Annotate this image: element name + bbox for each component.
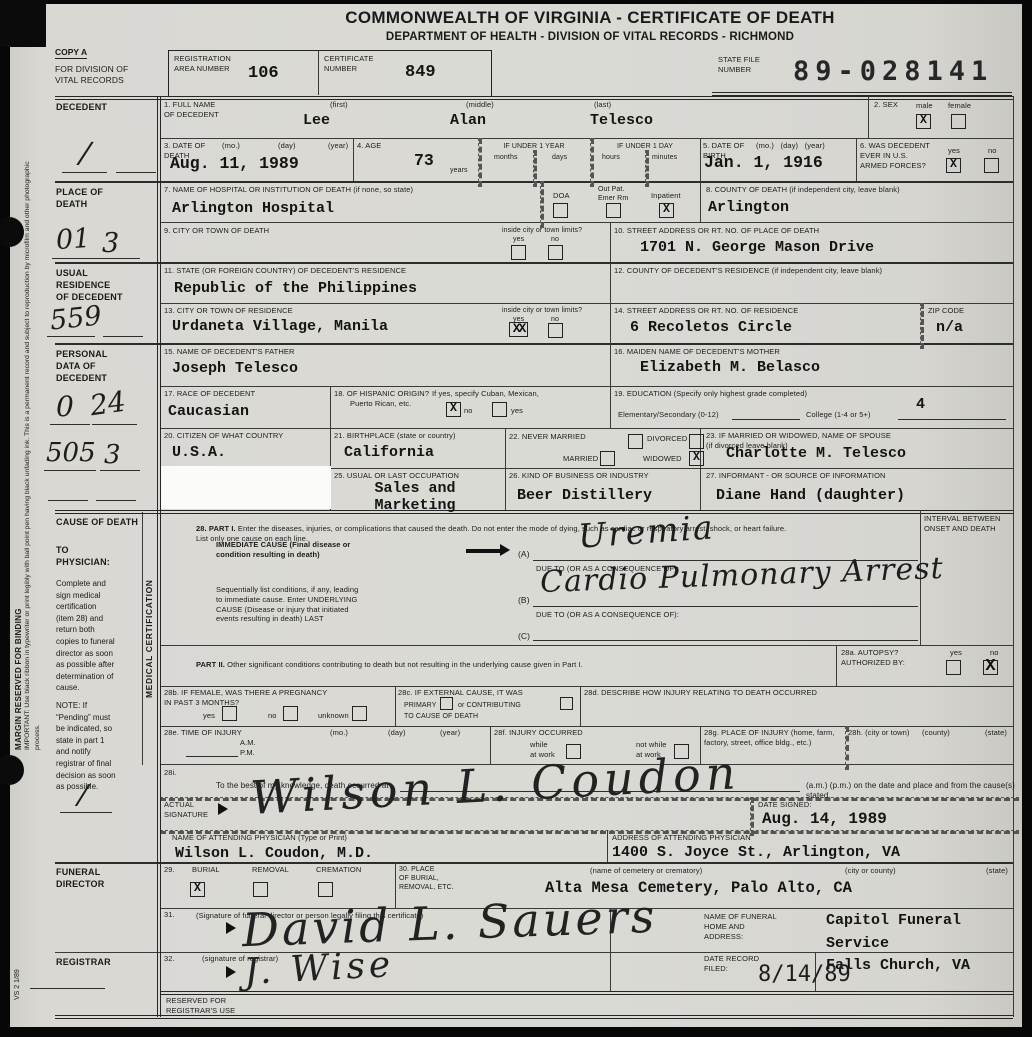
form-left-border (157, 96, 161, 1017)
form-code: VS 2 1/89 (14, 930, 21, 1000)
line-c-label: (C) (518, 631, 530, 642)
field6-label: 6. WAS DECEDENT EVER IN U.S. ARMED FORCE… (860, 141, 930, 170)
field12-label: 12. COUNTY OF DECEDENT'S RESIDENCE (if i… (614, 266, 882, 276)
date-record-filed-value: 8/14/89 (758, 962, 851, 987)
never-married-checkbox (628, 434, 643, 449)
field7-label: 7. NAME OF HOSPITAL OR INSTITUTION OF DE… (164, 185, 413, 195)
field16-label: 16. MAIDEN NAME OF DECEDENT'S MOTHER (614, 347, 780, 357)
grid-line (645, 150, 649, 187)
margin-rule (44, 470, 96, 471)
field28h-label: 28h. (city or town) (848, 728, 910, 738)
zip-value: n/a (936, 319, 963, 336)
field28f-label: 28f. INJURY OCCURRED (494, 728, 583, 738)
sex-male-label: male (916, 101, 933, 111)
decedent-last-name: Telesco (590, 112, 653, 129)
field2-label: 2. SEX (874, 100, 898, 110)
hispanic-no-label: no (464, 406, 473, 416)
education-elementary-line (732, 419, 800, 420)
copy-label: COPY A (55, 47, 87, 59)
pregnancy-yes-checkbox (222, 706, 237, 721)
date-signed-label: DATE SIGNED: (758, 800, 812, 810)
grid-line (856, 138, 857, 181)
decedent-first-name: Lee (303, 112, 330, 129)
binding-margin-title: MARGIN RESERVED FOR BINDING (14, 150, 23, 750)
grid-line (610, 262, 611, 303)
injury-pm-label: P.M. (240, 748, 255, 758)
doa-label: DOA (553, 191, 570, 201)
grid-line (160, 138, 1013, 139)
external-contributing-checkbox (560, 697, 573, 710)
field3-day-label: (day) (278, 141, 296, 151)
immediate-cause-label: IMMEDIATE CAUSE (Final disease or condit… (216, 540, 350, 560)
autopsy-yes-checkbox (946, 660, 961, 675)
binding-margin-text: MARGIN RESERVED FOR BINDING IMPORTANT: U… (14, 150, 48, 750)
field15-label: 15. NAME OF DECEDENT'S FATHER (164, 347, 294, 357)
grid-line (160, 991, 1013, 995)
part2-prefix: PART II. (196, 660, 225, 669)
field27-label: 27. INFORMANT - OR SOURCE OF INFORMATION (706, 471, 886, 481)
field28i-label: 28i. (164, 768, 177, 778)
margin-rule (103, 336, 143, 337)
margin-rule (96, 500, 136, 501)
field8-label: 8. COUNTY OF DEATH (if independent city,… (706, 185, 900, 195)
registrar-signature-pointer-icon (226, 966, 236, 978)
date-of-birth-value: Jan. 1, 1916 (704, 154, 823, 173)
grid-line (395, 686, 396, 726)
field29-number: 29. (164, 865, 175, 875)
field13-label: 13. CITY OR TOWN OF RESIDENCE (164, 306, 293, 316)
certificate-title: COMMONWEALTH OF VIRGINIA - CERTIFICATE O… (230, 8, 950, 28)
margin-rule (30, 988, 105, 989)
margin-rule (100, 470, 140, 471)
pending-note: NOTE: If “Pending” must be indicated, so… (56, 700, 141, 793)
registrar-signature: J. Wise (243, 944, 395, 993)
attest-post-text: (a.m.) (p.m.) on the date and place and … (806, 781, 1032, 802)
field28g-label: 28g. PLACE OF INJURY (home, farm, factor… (704, 728, 835, 748)
city-county-sublabel: (city or county) (845, 866, 896, 876)
armed-forces-yes-checkbox: X (946, 158, 961, 173)
margin-rule (52, 258, 100, 259)
never-married-label: 22. NEVER MARRIED (509, 432, 586, 442)
medical-certification-label: MEDICAL CERTIFICATION (144, 514, 158, 764)
industry-value: Beer Distillery (517, 487, 652, 504)
section-funeral-director: FUNERAL DIRECTOR (56, 866, 104, 890)
widowed-checkbox: X (689, 451, 704, 466)
cremation-label: CREMATION (316, 865, 361, 875)
section-usual-residence: USUAL RESIDENCE OF DECEDENT (56, 267, 123, 303)
field1-middle-label: (middle) (466, 100, 494, 110)
sex-female-checkbox (951, 114, 966, 129)
scan-corner-artifact (0, 0, 46, 47)
grid-line (836, 645, 837, 686)
armed-forces-no-checkbox (984, 158, 999, 173)
margin-code-personal-2: 24 (88, 385, 128, 423)
field28c-label: 28c. IF EXTERNAL CAUSE, IT WAS (398, 688, 523, 698)
line-a-label: (A) (518, 549, 530, 560)
section-place-of-death: PLACE OF DEATH (56, 186, 103, 210)
physician-instructions: Complete and sign medical certification … (56, 578, 141, 694)
race-value: Caucasian (168, 403, 249, 420)
grid-line (55, 262, 1013, 264)
field28e-label: 28e. TIME OF INJURY (164, 728, 242, 738)
injury-state-label: (state) (985, 728, 1007, 738)
informant-value: Diane Hand (daughter) (716, 487, 905, 504)
grid-line (540, 181, 544, 228)
hours-label: hours (602, 153, 620, 162)
field1-first-label: (first) (330, 100, 348, 110)
reg-area-label: REGISTRATION AREA NUMBER (174, 54, 231, 74)
due-to-label-2: DUE TO (OR AS A CONSEQUENCE OF): (536, 610, 679, 620)
hispanic-yes-label: yes (511, 406, 523, 416)
pregnancy-unknown-checkbox (352, 706, 367, 721)
injury-mo-label: (mo.) (330, 728, 348, 738)
date-record-filed-label: DATE RECORD FILED: (704, 954, 759, 974)
field18-hint2: Puerto Rican, etc. (350, 399, 411, 409)
field13-limits-label: inside city or town limits? (502, 306, 582, 315)
inpatient-label: Inpatient (651, 191, 681, 201)
grid-line (160, 386, 1013, 387)
section-personal-data: PERSONAL DATA OF DECEDENT (56, 348, 108, 384)
mother-name-value: Elizabeth M. Belasco (640, 359, 820, 376)
field28d-label: 28d. DESCRIBE HOW INJURY RELATING TO DEA… (584, 688, 817, 698)
armed-forces-no-label: no (988, 146, 997, 156)
interval-label: INTERVAL BETWEEN ONSET AND DEATH (924, 514, 1000, 534)
funeral-home-label: NAME OF FUNERAL HOME AND ADDRESS: (704, 912, 777, 941)
pregnancy-no-checkbox (283, 706, 298, 721)
line-b-rule (533, 606, 918, 607)
reserved-label: RESERVED FOR REGISTRAR'S USE (166, 996, 235, 1016)
field21-label: 21. BIRTHPLACE (state or country) (334, 431, 456, 441)
section-to-physician: TO PHYSICIAN: (56, 544, 110, 568)
field18-hint1: If yes, specify Cuban, Mexican, (432, 389, 539, 399)
autopsy-yes-label: yes (950, 648, 962, 658)
field9-yes-label: yes (513, 235, 524, 244)
cemetery-sublabel: (name of cemetery or crematory) (590, 866, 702, 876)
field4-label: 4. AGE (357, 141, 381, 151)
margin-rule (48, 500, 88, 501)
sex-male-checkbox: X (916, 114, 931, 129)
under-1-day-label: IF UNDER 1 DAY (592, 142, 698, 151)
residence-street-value: 6 Recoletos Circle (630, 319, 792, 336)
father-name-value: Joseph Telesco (172, 360, 298, 377)
physician-address-label: ADDRESS OF ATTENDING PHYSICIAN (612, 833, 751, 843)
field13-yes-checkbox: XX (509, 322, 528, 337)
death-certificate-scan: MARGIN RESERVED FOR BINDING IMPORTANT: U… (0, 0, 1032, 1037)
grid-line (533, 150, 537, 187)
external-primary-label: PRIMARY (404, 701, 436, 710)
field13-no-checkbox (548, 323, 563, 338)
form-right-border (1013, 96, 1014, 1017)
field19-label: 19. EDUCATION (Specify only highest grad… (614, 389, 807, 399)
grid-line (160, 645, 1013, 646)
field3-year-label: (year) (328, 141, 348, 151)
cert-number-value: 849 (405, 63, 436, 83)
part1-prefix: 28. PART I. (196, 524, 236, 533)
grid-line (505, 428, 506, 510)
injury-time-rule (186, 756, 238, 757)
autopsy-no-checkbox: X (983, 660, 998, 675)
grid-line (160, 726, 1013, 727)
street-of-death-value: 1701 N. George Mason Drive (640, 239, 874, 256)
outpat-checkbox (606, 203, 621, 218)
residence-city-value: Urdaneta Village, Manila (172, 318, 388, 335)
whiteout-redaction (161, 466, 331, 509)
hispanic-no-checkbox: X (446, 402, 461, 417)
field9-yes-checkbox (511, 245, 526, 260)
age-years-label: years (450, 166, 468, 175)
margin-rule (60, 812, 112, 813)
citizen-value: U.S.A. (172, 444, 226, 461)
state-file-number: 89-028141 (793, 56, 993, 87)
margin-code-place-1: 01 (55, 223, 91, 256)
state-sublabel: (state) (986, 866, 1008, 876)
margin-rule (50, 424, 90, 425)
certificate-subtitle: DEPARTMENT OF HEALTH - DIVISION OF VITAL… (230, 31, 950, 43)
grid-line (330, 386, 331, 428)
signature-pointer-icon (218, 803, 228, 815)
widowed-label: WIDOWED (643, 454, 682, 464)
grid-line (55, 1015, 1013, 1019)
field20-label: 20. CITIZEN OF WHAT COUNTRY (164, 431, 283, 441)
grid-line (353, 138, 354, 181)
field5-sublabels: (mo.) (day) (year) (756, 141, 825, 151)
section-cause-of-death: CAUSE OF DEATH (56, 516, 138, 528)
injury-county-label: (county) (922, 728, 950, 738)
external-primary-checkbox (440, 697, 453, 710)
outpat-label: Out Pat. Emer Rm (598, 185, 628, 203)
margin-code-personal-4: 3 (104, 440, 121, 470)
physician-address-value: 1400 S. Joyce St., Arlington, VA (612, 844, 900, 861)
grid-line (610, 303, 611, 343)
margin-rule (92, 424, 137, 425)
injury-day-label: (day) (388, 728, 406, 738)
field3-mo-label: (mo.) (222, 141, 240, 151)
grid-line (700, 181, 701, 222)
line-c-rule (533, 640, 918, 641)
grid-line (580, 686, 581, 726)
section-registrar: REGISTRAR (56, 956, 111, 968)
field28a-label: 28a. AUTOPSY? AUTHORIZED BY: (841, 648, 905, 668)
doa-checkbox (553, 203, 568, 218)
external-tail-label: TO CAUSE OF DEATH (404, 712, 478, 721)
margin-rule (47, 336, 95, 337)
pregnancy-unknown-label: unknown (318, 711, 349, 721)
immediate-cause-arrow-head (500, 544, 510, 556)
external-contributing-label: or CONTRIBUTING (458, 701, 521, 710)
field1-label: 1. FULL NAME OF DECEDENT (164, 100, 219, 120)
margin-rule (116, 172, 156, 173)
funeral-home-value: Capitol Funeral Service Falls Church, VA (826, 910, 1032, 978)
pregnancy-no-label: no (268, 711, 277, 721)
removal-checkbox (253, 882, 268, 897)
grid-line (700, 138, 701, 181)
hispanic-yes-checkbox (492, 402, 507, 417)
county-of-death-value: Arlington (708, 199, 789, 216)
immediate-cause-arrow-line (466, 549, 502, 553)
inpatient-checkbox: X (659, 203, 674, 218)
occupation-value: Sales and Marketing (340, 480, 490, 515)
medical-certification-strip-line (142, 512, 143, 765)
date-of-death-value: Aug. 11, 1989 (170, 155, 299, 174)
grid-line (610, 222, 611, 262)
grid-line (610, 386, 611, 428)
actual-signature-label: ACTUAL SIGNATURE (164, 800, 208, 820)
injury-year-label: (year) (440, 728, 460, 738)
binding-margin-note: IMPORTANT: Use black ribbon in typewrite… (23, 150, 43, 750)
registration-box-divider (318, 50, 319, 95)
grid-line (160, 428, 1013, 429)
field9-limits-label: inside city or town limits? (502, 226, 582, 235)
injury-am-label: A.M. (240, 738, 256, 748)
age-value: 73 (414, 152, 434, 171)
field11-label: 11. STATE (OR FOREIGN COUNTRY) OF DECEDE… (164, 266, 406, 276)
margin-code-personal-3: 505 (46, 438, 96, 468)
divorced-label: DIVORCED (647, 434, 687, 444)
married-label: MARRIED (563, 454, 598, 464)
hospital-value: Arlington Hospital (172, 200, 334, 217)
residence-country-value: Republic of the Philippines (174, 280, 417, 297)
education-college-line (898, 419, 1006, 420)
margin-code-residence: 559 (49, 300, 104, 336)
section-decedent: DECEDENT (56, 101, 107, 113)
field26-label: 26. KIND OF BUSINESS OR INDUSTRY (509, 471, 649, 481)
state-file-label: STATE FILE NUMBER (718, 55, 760, 75)
zip-label: ZIP CODE (928, 306, 964, 316)
funeral-signature-pointer-icon (226, 922, 236, 934)
sequential-label: Sequentially list conditions, if any, le… (216, 585, 358, 624)
removal-label: REMOVAL (252, 865, 289, 875)
field9-label: 9. CITY OR TOWN OF DEATH (164, 226, 269, 236)
field14-label: 14. STREET ADDRESS OR RT. NO. OF RESIDEN… (614, 306, 798, 316)
grid-line (610, 952, 611, 991)
birthplace-value: California (344, 444, 434, 461)
minutes-label: minutes (652, 153, 677, 162)
married-checkbox (600, 451, 615, 466)
grid-line (750, 797, 754, 836)
days-label: days (552, 153, 567, 162)
margin-code-personal-1: 0 (56, 390, 74, 423)
months-label: months (494, 153, 518, 162)
education-college-value: 4 (916, 396, 925, 413)
reg-area-value: 106 (248, 64, 279, 84)
date-signed-value: Aug. 14, 1989 (762, 810, 887, 828)
cremation-checkbox (318, 882, 333, 897)
pregnancy-yes-label: yes (203, 711, 215, 721)
grid-line (55, 862, 1013, 864)
grid-line (920, 303, 924, 349)
physician-name-label: NAME OF ATTENDING PHYSICIAN (Type or Pri… (172, 833, 347, 843)
field10-label: 10. STREET ADDRESS OR RT. NO. OF PLACE O… (614, 226, 819, 236)
armed-forces-yes-label: yes (948, 146, 960, 156)
education-elementary-label: Elementary/Secondary (0-12) (618, 410, 719, 420)
margin-rule (98, 258, 140, 259)
spouse-name-value: Charlotte M. Telesco (726, 445, 906, 462)
physician-name-value: Wilson L. Coudon, M.D. (175, 845, 373, 862)
field31-number: 31. (164, 910, 175, 920)
sex-female-label: female (948, 101, 971, 111)
copy-sublabel: FOR DIVISION OF VITAL RECORDS (55, 64, 128, 86)
line-b-label: (B) (518, 595, 530, 606)
divorced-checkbox (689, 434, 704, 449)
field9-no-checkbox (548, 245, 563, 260)
part2-text: Other significant conditions contributin… (225, 660, 583, 669)
field30-label: 30. PLACE OF BURIAL, REMOVAL, ETC. (399, 865, 454, 892)
burial-checkbox: X (190, 882, 205, 897)
grid-line (607, 830, 608, 862)
field32-number: 32. (164, 954, 175, 964)
field28b-label: 28b. IF FEMALE, WAS THERE A PREGNANCY IN… (164, 688, 327, 708)
field9-no-label: no (551, 235, 559, 244)
under-1-year-label: IF UNDER 1 YEAR (480, 142, 588, 151)
cert-number-label: CERTIFICATE NUMBER (324, 54, 374, 74)
grid-line (610, 343, 611, 386)
grid-line (868, 96, 869, 138)
margin-code-place-2: 3 (102, 228, 119, 259)
grid-line (160, 686, 1013, 687)
burial-label: BURIAL (192, 865, 220, 875)
field18-label: 18. OF HISPANIC ORIGIN? (334, 389, 429, 399)
grid-line (55, 343, 1013, 345)
grid-line (160, 222, 1013, 223)
field1-last-label: (last) (594, 100, 611, 110)
education-college-label: College (1-4 or 5+) (806, 410, 871, 420)
grid-line (160, 303, 1013, 304)
margin-rule (62, 172, 107, 173)
decedent-middle-name: Alan (450, 112, 486, 129)
field17-label: 17. RACE OF DECEDENT (164, 389, 255, 399)
